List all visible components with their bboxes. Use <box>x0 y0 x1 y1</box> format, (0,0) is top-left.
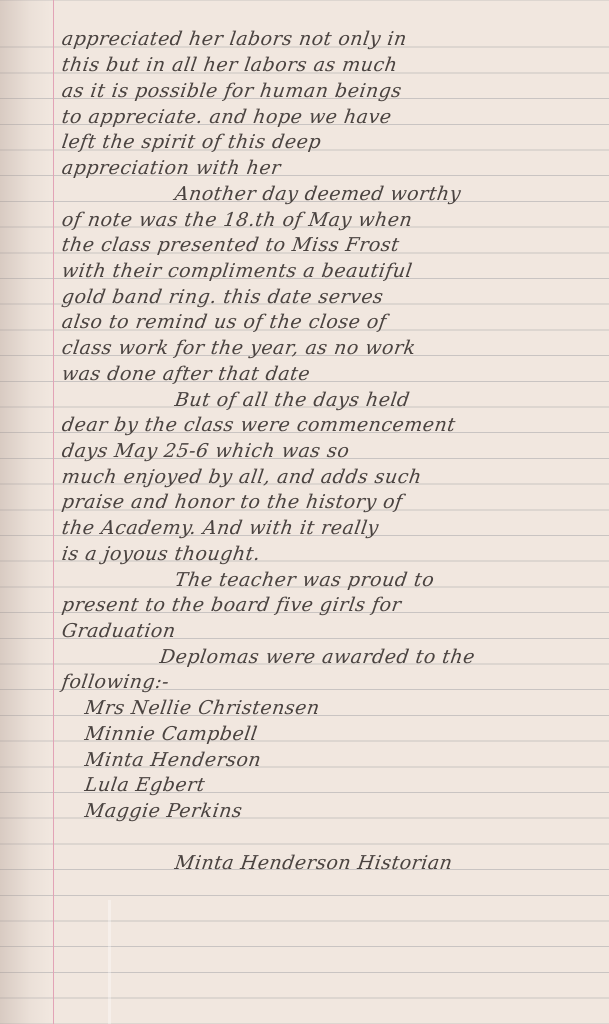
graduate-name: Minta Henderson <box>83 749 262 771</box>
graduate-name: Maggie Perkins <box>83 800 243 822</box>
text-line: also to remind us of the close of <box>60 311 388 333</box>
graduate-name: Mrs Nellie Christensen <box>83 697 321 719</box>
text-line: dear by the class were commencement <box>60 414 457 436</box>
text-line: present to the board five girls for <box>60 594 402 616</box>
text-line: was done after that date <box>60 363 311 385</box>
text-line: appreciation with her <box>60 157 282 179</box>
text-line: The teacher was proud to <box>173 569 435 591</box>
text-line: Graduation <box>60 620 177 642</box>
signature: Minta Henderson Historian <box>173 852 454 874</box>
text-line: of note was the 18.th of May when <box>60 209 413 231</box>
text-line: days May 25-6 which was so <box>60 440 350 462</box>
graduate-name: Lula Egbert <box>83 774 206 796</box>
text-line: Deplomas were awarded to the <box>158 646 476 668</box>
text-line: gold band ring. this date serves <box>60 286 384 308</box>
text-line: class work for the year, as no work <box>60 337 417 359</box>
text-line: Another day deemed worthy <box>173 183 462 205</box>
text-line: with their compliments a beautiful <box>60 260 413 282</box>
notebook-page: appreciated her labors not only in this … <box>0 0 609 1024</box>
paper-crease <box>108 900 111 1024</box>
text-line: the Academy. And with it really <box>60 517 380 539</box>
text-line: appreciated her labors not only in <box>60 28 408 50</box>
text-line: as it is possible for human beings <box>60 80 403 102</box>
text-line: much enjoyed by all, and adds such <box>60 466 423 488</box>
text-line: the class presented to Miss Frost <box>60 234 400 256</box>
text-line: this but in all her labors as much <box>60 54 399 76</box>
graduate-name: Minnie Campbell <box>83 723 259 745</box>
margin-line <box>53 0 54 1024</box>
text-line: following:- <box>60 671 170 693</box>
text-line: But of all the days held <box>173 389 411 411</box>
text-line: is a joyous thought. <box>60 543 261 565</box>
text-line: left the spirit of this deep <box>60 131 322 153</box>
text-line: praise and honor to the history of <box>60 491 404 513</box>
text-line: to appreciate. and hope we have <box>60 106 393 128</box>
